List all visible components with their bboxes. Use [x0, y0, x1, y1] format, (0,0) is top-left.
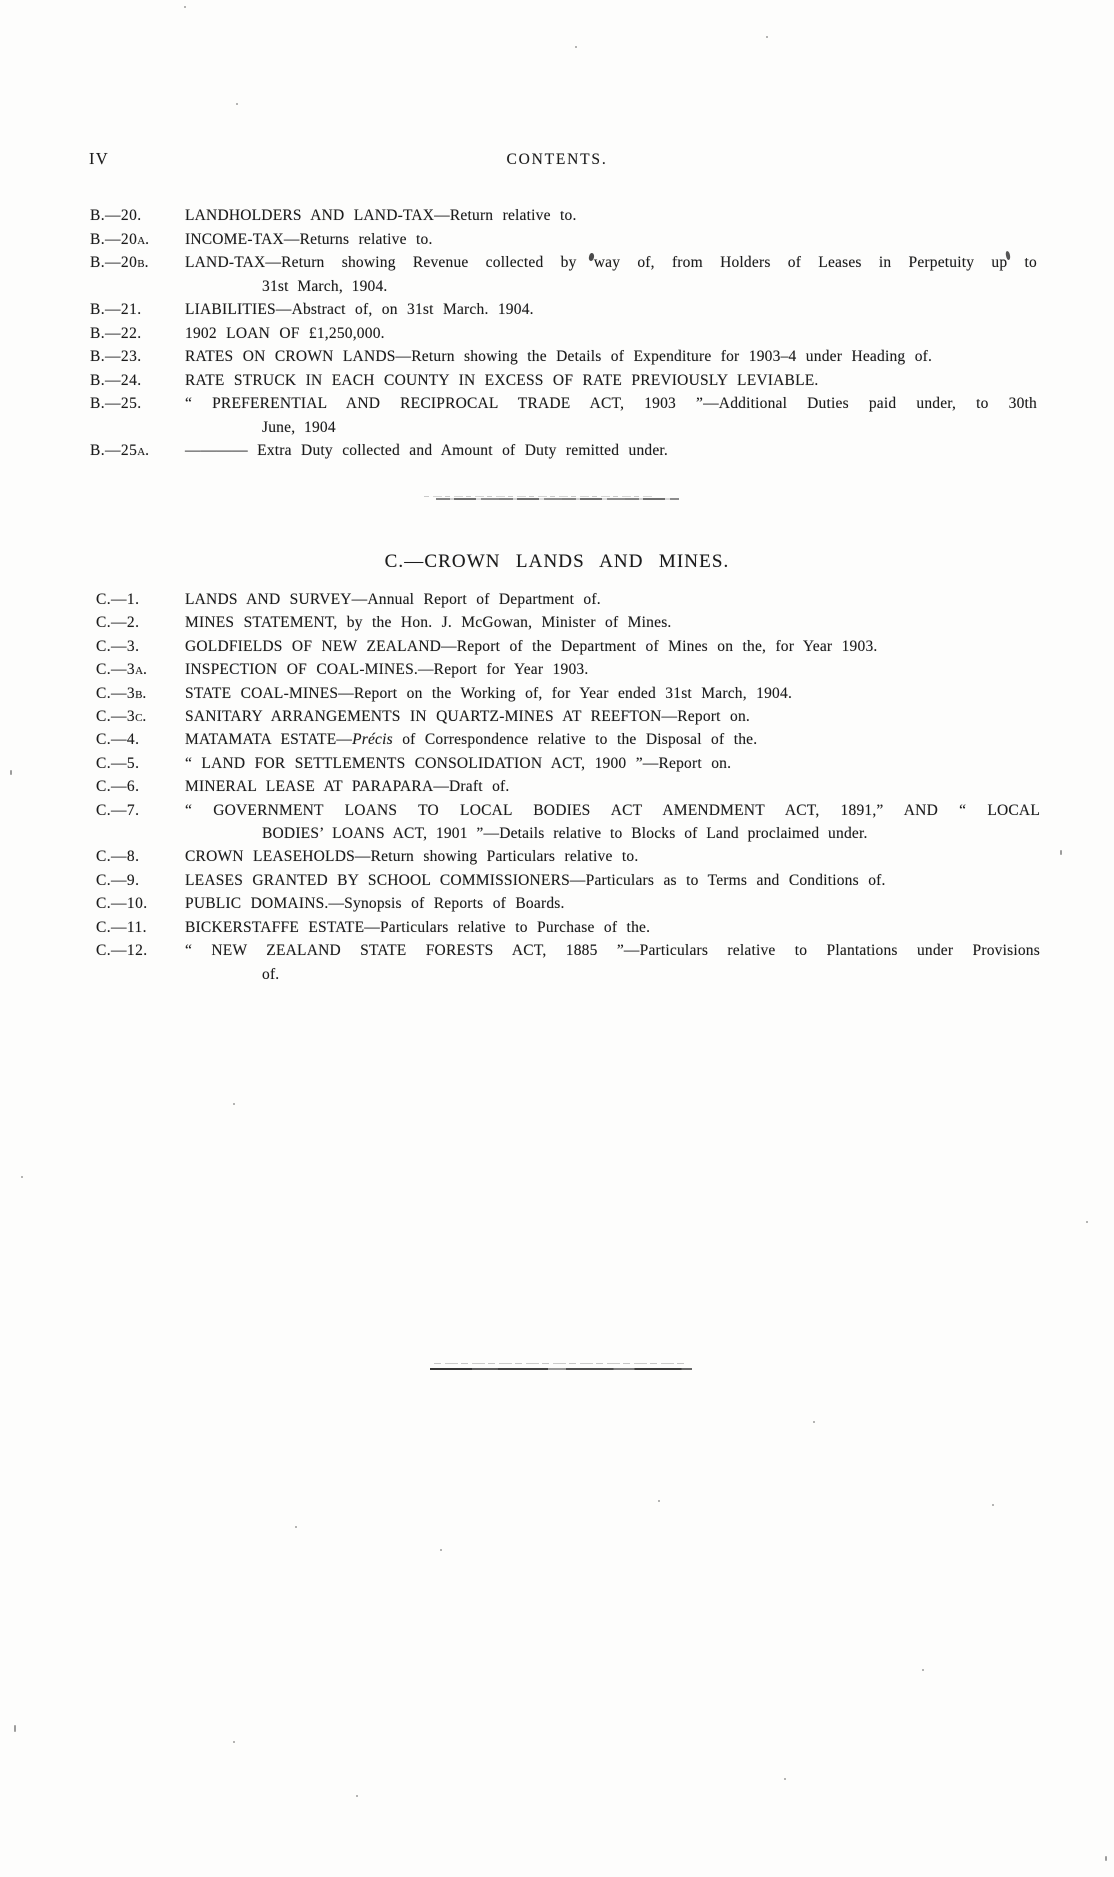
entry-label: C.—1. — [96, 588, 139, 611]
contents-entry: C.—12.“ NEW ZEALAND STATE FORESTS ACT, 1… — [96, 939, 1040, 986]
entry-text: 1902 LOAN OF £1,250,000. — [185, 322, 1037, 346]
entry-text: RATES ON CROWN LANDS—Return showing the … — [185, 345, 1037, 369]
contents-entry: C.—10.PUBLIC DOMAINS.—Synopsis of Report… — [96, 892, 1040, 915]
scan-speck — [10, 770, 12, 775]
entry-text: INCOME-TAX—Returns relative to. — [185, 228, 1037, 252]
scan-speck — [440, 1549, 442, 1551]
entry-label: C.—3A. — [96, 658, 147, 683]
scan-speck — [1086, 1221, 1088, 1223]
contents-entry: B.—23.RATES ON CROWN LANDS—Return showin… — [90, 345, 1037, 369]
entry-text: MINES STATEMENT, by the Hon. J. McGowan,… — [185, 611, 1040, 634]
contents-entry: B.—20A.INCOME-TAX—Returns relative to. — [90, 228, 1037, 252]
entry-continuation: BODIES’ LOANS ACT, 1901 ”—Details relati… — [262, 822, 1040, 845]
contents-entry: C.—3B.STATE COAL-MINES—Report on the Wor… — [96, 682, 1040, 705]
contents-entry: C.—3A.INSPECTION OF COAL-MINES.—Report f… — [96, 658, 1040, 681]
scan-speck — [575, 46, 577, 48]
scan-speck — [922, 1669, 924, 1671]
entry-label: B.—23. — [90, 345, 142, 369]
entry-label: C.—3C. — [96, 705, 147, 730]
scan-speck — [233, 1103, 235, 1105]
entry-label: C.—4. — [96, 728, 139, 751]
scanned-contents-page: { "page": { "number": "IV", "title": "CO… — [0, 0, 1114, 1877]
entry-text: LAND-TAX—Return showing Revenue collecte… — [185, 251, 1037, 275]
scan-speck — [21, 1176, 23, 1178]
entry-text: LANDS AND SURVEY—Annual Report of Depart… — [185, 588, 1040, 611]
divider-lower-line — [430, 1368, 692, 1370]
scan-speck — [784, 1778, 786, 1780]
entry-continuation: of. — [262, 963, 1040, 986]
entry-text: ———— Extra Duty collected and Amount of … — [185, 439, 1037, 463]
entry-text: GOLDFIELDS OF NEW ZEALAND—Report of the … — [185, 635, 1040, 658]
entry-label: C.—6. — [96, 775, 139, 798]
entry-text: “ NEW ZEALAND STATE FORESTS ACT, 1885 ”—… — [185, 939, 1040, 962]
entry-text: PUBLIC DOMAINS.—Synopsis of Reports of B… — [185, 892, 1040, 915]
entry-label: C.—3B. — [96, 682, 147, 707]
contents-entry: C.—11.BICKERSTAFFE ESTATE—Particulars re… — [96, 916, 1040, 939]
entry-label: C.—12. — [96, 939, 148, 962]
entry-label: C.—10. — [96, 892, 148, 915]
contents-entry: B.—21.LIABILITIES—Abstract of, on 31st M… — [90, 298, 1037, 322]
entry-text: MINERAL LEASE AT PARAPARA—Draft of. — [185, 775, 1040, 798]
entry-text: SANITARY ARRANGEMENTS IN QUARTZ-MINES AT… — [185, 705, 1040, 728]
entry-label: C.—3. — [96, 635, 139, 658]
entry-text: “ LAND FOR SETTLEMENTS CONSOLIDATION ACT… — [185, 752, 1040, 775]
entry-label: B.—20A. — [90, 228, 149, 254]
entry-label: C.—8. — [96, 845, 139, 868]
scan-speck — [1060, 850, 1062, 855]
entry-text: LEASES GRANTED BY SCHOOL COMMISSIONERS—P… — [185, 869, 1040, 892]
contents-entry: C.—9.LEASES GRANTED BY SCHOOL COMMISSION… — [96, 869, 1040, 892]
entry-label: C.—2. — [96, 611, 139, 634]
scan-speck — [1105, 1856, 1107, 1861]
entry-label: C.—7. — [96, 799, 139, 822]
entry-label: B.—20. — [90, 204, 142, 228]
contents-title: CONTENTS. — [0, 151, 1114, 169]
entry-text: INSPECTION OF COAL-MINES.—Report for Yea… — [185, 658, 1040, 681]
contents-entry: C.—7.“ GOVERNMENT LOANS TO LOCAL BODIES … — [96, 799, 1040, 846]
scan-speck — [233, 1741, 235, 1743]
entry-label: B.—22. — [90, 322, 142, 346]
entry-text: CROWN LEASEHOLDS—Return showing Particul… — [185, 845, 1040, 868]
section-c-heading: C.—CROWN LANDS AND MINES. — [0, 551, 1114, 573]
scan-speck — [766, 36, 768, 38]
contents-entry: C.—4.MATAMATA ESTATE—Précis of Correspon… — [96, 728, 1040, 751]
contents-entry: C.—6.MINERAL LEASE AT PARAPARA—Draft of. — [96, 775, 1040, 798]
contents-entry: B.—24.RATE STRUCK IN EACH COUNTY IN EXCE… — [90, 369, 1037, 393]
contents-entry: C.—1.LANDS AND SURVEY—Annual Report of D… — [96, 588, 1040, 611]
entry-text: LIABILITIES—Abstract of, on 31st March. … — [185, 298, 1037, 322]
entry-text: RATE STRUCK IN EACH COUNTY IN EXCESS OF … — [185, 369, 1037, 393]
contents-entry: C.—3.GOLDFIELDS OF NEW ZEALAND—Report of… — [96, 635, 1040, 658]
entry-text: “ PREFERENTIAL AND RECIPROCAL TRADE ACT,… — [185, 392, 1037, 416]
contents-entry: B.—20.LANDHOLDERS AND LAND-TAX—Return re… — [90, 204, 1037, 228]
divider-main-line — [436, 498, 679, 500]
entry-continuation: June, 1904 — [262, 416, 1037, 440]
entry-label: B.—25A. — [90, 439, 149, 465]
entry-text: LANDHOLDERS AND LAND-TAX—Return relative… — [185, 204, 1037, 228]
scan-speck — [295, 1526, 297, 1528]
scan-speck — [658, 1500, 660, 1502]
entry-text: “ GOVERNMENT LOANS TO LOCAL BODIES ACT A… — [185, 799, 1040, 822]
scan-speck — [14, 1725, 16, 1732]
entry-text: MATAMATA ESTATE—Précis of Correspondence… — [185, 728, 1040, 751]
contents-entry: C.—5.“ LAND FOR SETTLEMENTS CONSOLIDATIO… — [96, 752, 1040, 775]
scan-speck — [236, 103, 238, 105]
contents-entry: B.—25A.———— Extra Duty collected and Amo… — [90, 439, 1037, 463]
contents-entry: B.—20B.LAND-TAX—Return showing Revenue c… — [90, 251, 1037, 298]
contents-entry: B.—25.“ PREFERENTIAL AND RECIPROCAL TRAD… — [90, 392, 1037, 439]
divider-upper-line — [434, 1363, 684, 1364]
scan-speck — [813, 1421, 815, 1423]
contents-entry: C.—2.MINES STATEMENT, by the Hon. J. McG… — [96, 611, 1040, 634]
bottom-divider-rule — [430, 1363, 692, 1373]
entry-continuation: 31st March, 1904. — [262, 275, 1037, 299]
contents-entry: C.—8.CROWN LEASEHOLDS—Return showing Par… — [96, 845, 1040, 868]
contents-list-b: B.—20.LANDHOLDERS AND LAND-TAX—Return re… — [90, 204, 1037, 463]
entry-label: B.—21. — [90, 298, 142, 322]
scan-speck — [992, 1504, 994, 1506]
entry-label: B.—24. — [90, 369, 142, 393]
entry-text: BICKERSTAFFE ESTATE—Particulars relative… — [185, 916, 1040, 939]
entry-label: B.—20B. — [90, 251, 149, 277]
entry-label: C.—9. — [96, 869, 139, 892]
contents-entry: B.—22.1902 LOAN OF £1,250,000. — [90, 322, 1037, 346]
entry-label: C.—5. — [96, 752, 139, 775]
entry-text: STATE COAL-MINES—Report on the Working o… — [185, 682, 1040, 705]
section-divider-rule — [436, 496, 679, 500]
entry-label: C.—11. — [96, 916, 147, 939]
entry-label: B.—25. — [90, 392, 142, 416]
scan-speck — [356, 1795, 358, 1797]
contents-entry: C.—3C.SANITARY ARRANGEMENTS IN QUARTZ-MI… — [96, 705, 1040, 728]
divider-echo-line — [424, 496, 654, 497]
contents-list-c: C.—1.LANDS AND SURVEY—Annual Report of D… — [96, 588, 1040, 986]
scan-speck — [184, 6, 186, 8]
